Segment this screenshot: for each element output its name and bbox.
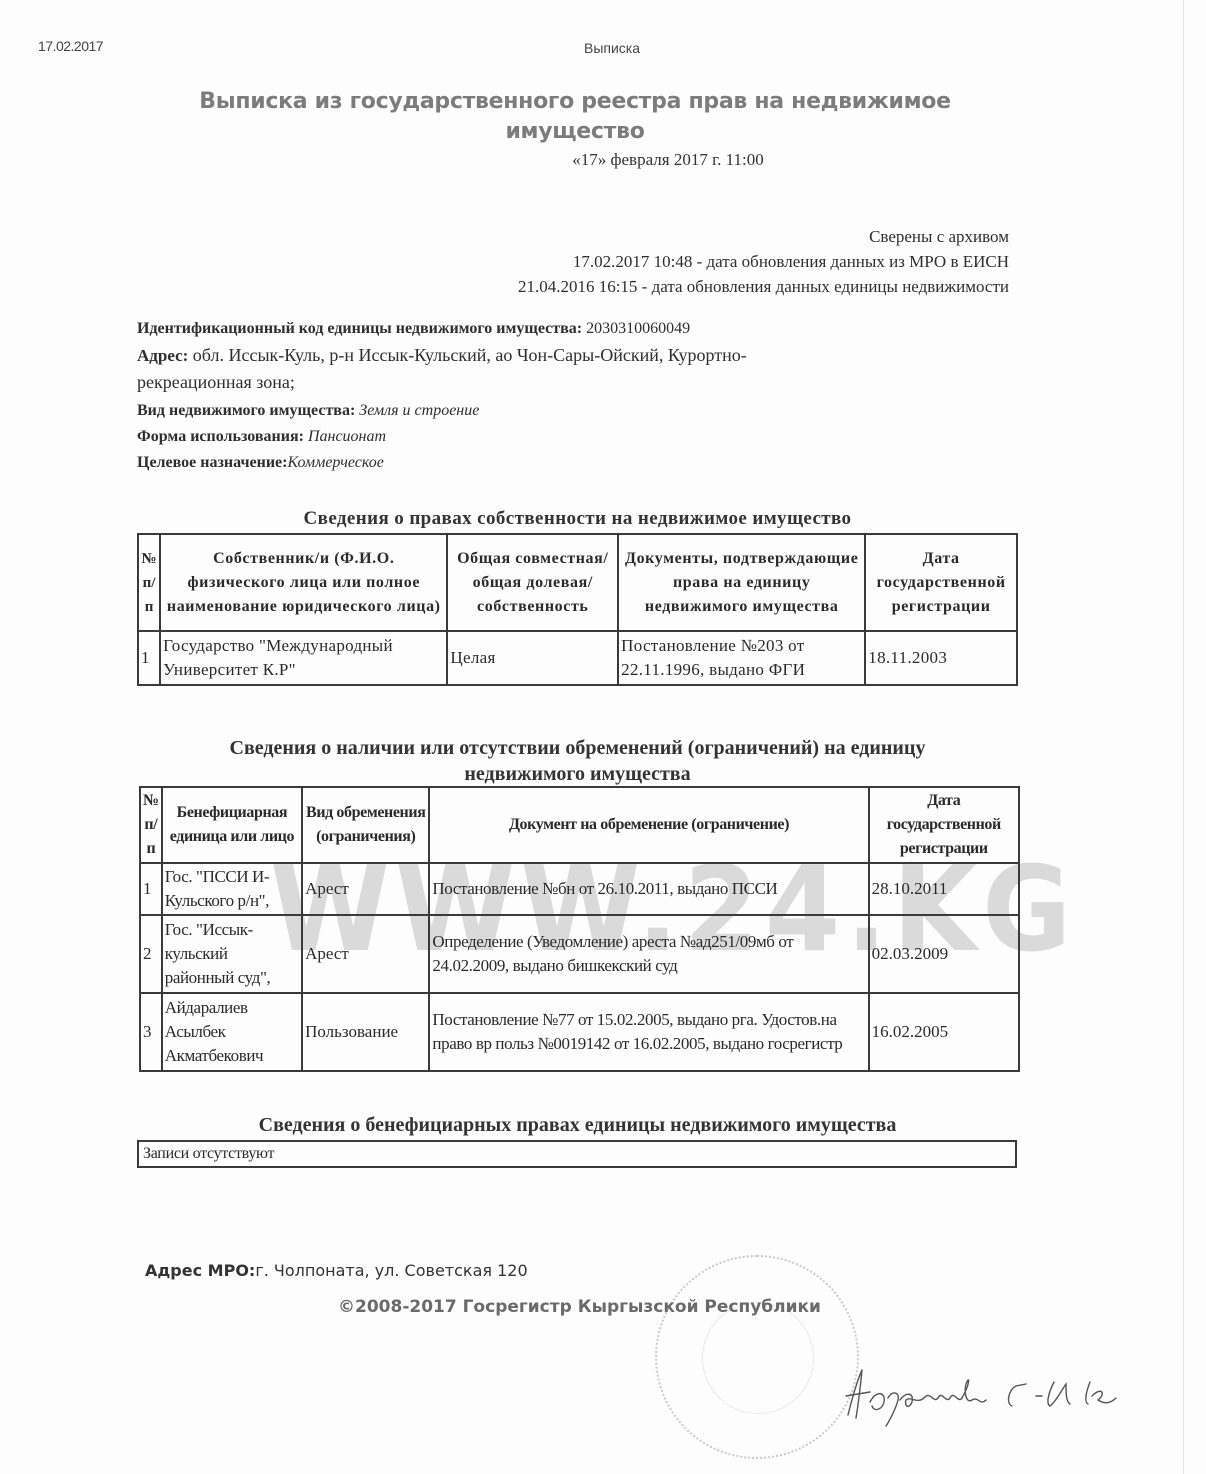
signature: [840, 1360, 1120, 1435]
property-usage-value: Пансионат: [308, 428, 386, 445]
property-type-row: Вид недвижимого имущества: Земля и строе…: [137, 398, 1037, 424]
encumbrance-cell-date: 02.03.2009: [869, 915, 1019, 993]
ownership-cell-owner: Государство "Международный Университет К…: [160, 631, 447, 685]
ownership-cell-share: Целая: [447, 631, 618, 685]
encumbrance-cell-date: 28.10.2011: [869, 863, 1019, 915]
encumbrance-cell-type: Пользование: [302, 993, 429, 1071]
table-row: 2 Гос. "Иссык-кульский районный суд", Ар…: [140, 915, 1019, 993]
encumbrance-cell-document: Определение (Уведомление) ареста №ад251/…: [429, 915, 868, 993]
table-row: 3 Айдаралиев Асылбек Акматбекович Пользо…: [140, 993, 1019, 1071]
encumbrance-cell-num: 3: [140, 993, 162, 1071]
table-row: 1 Государство "Международный Университет…: [138, 631, 1017, 685]
beneficial-rights-title: Сведения о бенефициарных правах единицы …: [137, 1114, 1018, 1137]
mro-address-value: г. Чолпоната, ул. Советская 120: [255, 1261, 527, 1280]
property-type-label: Вид недвижимого имущества:: [137, 402, 355, 419]
encumbrances-header-type: Вид обременения (ограничения): [302, 787, 429, 863]
ownership-header-share: Общая совместная/общая долевая/ собствен…: [447, 534, 618, 631]
ownership-cell-num: 1: [138, 631, 160, 685]
ownership-cell-document: Постановление №203 от 22.11.1996, выдано…: [618, 631, 865, 685]
verification-line-3: 21.04.2016 16:15 - дата обновления данны…: [518, 274, 1009, 299]
ownership-section-title: Сведения о правах собственности на недви…: [137, 508, 1018, 530]
print-header-title: Выписка: [0, 40, 1206, 56]
official-stamp: [655, 1255, 859, 1459]
ownership-table: № п/ п Собственник/и (Ф.И.О. физического…: [137, 533, 1018, 686]
ownership-cell-date: 18.11.2003: [865, 631, 1017, 685]
encumbrances-header-document: Документ на обременение (ограничение): [429, 787, 868, 863]
property-id-value: 2030310060049: [586, 320, 690, 337]
mro-address-label: Адрес МРО:: [145, 1261, 255, 1280]
property-purpose-value: Коммерческое: [287, 454, 383, 471]
property-address-value-cont: рекреационная зона;: [137, 372, 295, 392]
ownership-header-documents: Документы, подтверждающие права на едини…: [618, 534, 865, 631]
encumbrances-title-line-1: Сведения о наличии или отсутствии обреме…: [137, 735, 1018, 761]
document-title-line-1: Выписка из государственного реестра прав…: [160, 87, 990, 117]
encumbrance-cell-document: Постановление №77 от 15.02.2005, выдано …: [429, 993, 868, 1071]
property-address-row: Адрес: обл. Иссык-Куль, р-н Иссык-Кульск…: [137, 342, 1037, 396]
encumbrance-cell-type: Арест: [302, 863, 429, 915]
document-title-line-2: имущество: [160, 117, 990, 147]
table-row: 1 Гос. "ПССИ И-Кульского р/н", Арест Пос…: [140, 863, 1019, 915]
property-address-value: обл. Иссык-Куль, р-н Иссык-Кульский, ао …: [193, 345, 747, 365]
ownership-header-row: № п/ п Собственник/и (Ф.И.О. физического…: [138, 534, 1017, 631]
encumbrances-header-row: № п/ п Бенефициарная единица или лицо Ви…: [140, 787, 1019, 863]
encumbrance-cell-document: Постановление №бн от 26.10.2011, выдано …: [429, 863, 868, 915]
encumbrance-cell-date: 16.02.2005: [869, 993, 1019, 1071]
verification-block: Сверены с архивом 17.02.2017 10:48 - дат…: [518, 224, 1009, 299]
mro-address: Адрес МРО:г. Чолпоната, ул. Советская 12…: [145, 1261, 528, 1280]
property-purpose-row: Целевое назначение:Коммерческое: [137, 450, 1037, 476]
encumbrance-cell-type: Арест: [302, 915, 429, 993]
encumbrances-header-num: № п/ п: [140, 787, 162, 863]
encumbrances-header-beneficiary: Бенефициарная единица или лицо: [162, 787, 302, 863]
property-type-value: Земля и строение: [359, 402, 479, 419]
verification-line-1: Сверены с архивом: [518, 224, 1009, 249]
encumbrances-title-line-2: недвижимого имущества: [137, 761, 1018, 787]
beneficial-rights-value: Записи отсутствуют: [137, 1140, 1017, 1168]
property-id-label: Идентификационный код единицы недвижимог…: [137, 320, 582, 337]
copyright: ©2008-2017 Госрегистр Кыргызской Республ…: [338, 1297, 821, 1317]
encumbrances-header-date: Дата государственной регистрации: [869, 787, 1019, 863]
property-address-label: Адрес:: [137, 346, 188, 365]
stamp-inner-ring: [702, 1302, 814, 1414]
document-title: Выписка из государственного реестра прав…: [160, 87, 990, 147]
encumbrance-cell-num: 2: [140, 915, 162, 993]
property-purpose-label: Целевое назначение:: [137, 454, 287, 471]
encumbrance-cell-num: 1: [140, 863, 162, 915]
encumbrances-section-title: Сведения о наличии или отсутствии обреме…: [137, 735, 1018, 787]
encumbrances-table: № п/ п Бенефициарная единица или лицо Ви…: [139, 786, 1020, 1072]
signature-icon: [840, 1360, 1120, 1430]
ownership-header-date: Дата государственной регистрации: [865, 534, 1017, 631]
property-usage-row: Форма использования: Пансионат: [137, 424, 1037, 450]
ownership-header-owner: Собственник/и (Ф.И.О. физического лица и…: [160, 534, 447, 631]
page-edge: [1183, 0, 1184, 1474]
encumbrance-cell-beneficiary: Айдаралиев Асылбек Акматбекович: [162, 993, 302, 1071]
encumbrance-cell-beneficiary: Гос. "ПССИ И-Кульского р/н",: [162, 863, 302, 915]
property-usage-label: Форма использования:: [137, 428, 304, 445]
document-date: «17» февраля 2017 г. 11:00: [0, 150, 1206, 170]
property-id-row: Идентификационный код единицы недвижимог…: [137, 316, 1037, 342]
ownership-header-num: № п/ п: [138, 534, 160, 631]
property-info: Идентификационный код единицы недвижимог…: [137, 316, 1037, 476]
verification-line-2: 17.02.2017 10:48 - дата обновления данны…: [518, 249, 1009, 274]
encumbrance-cell-beneficiary: Гос. "Иссык-кульский районный суд",: [162, 915, 302, 993]
